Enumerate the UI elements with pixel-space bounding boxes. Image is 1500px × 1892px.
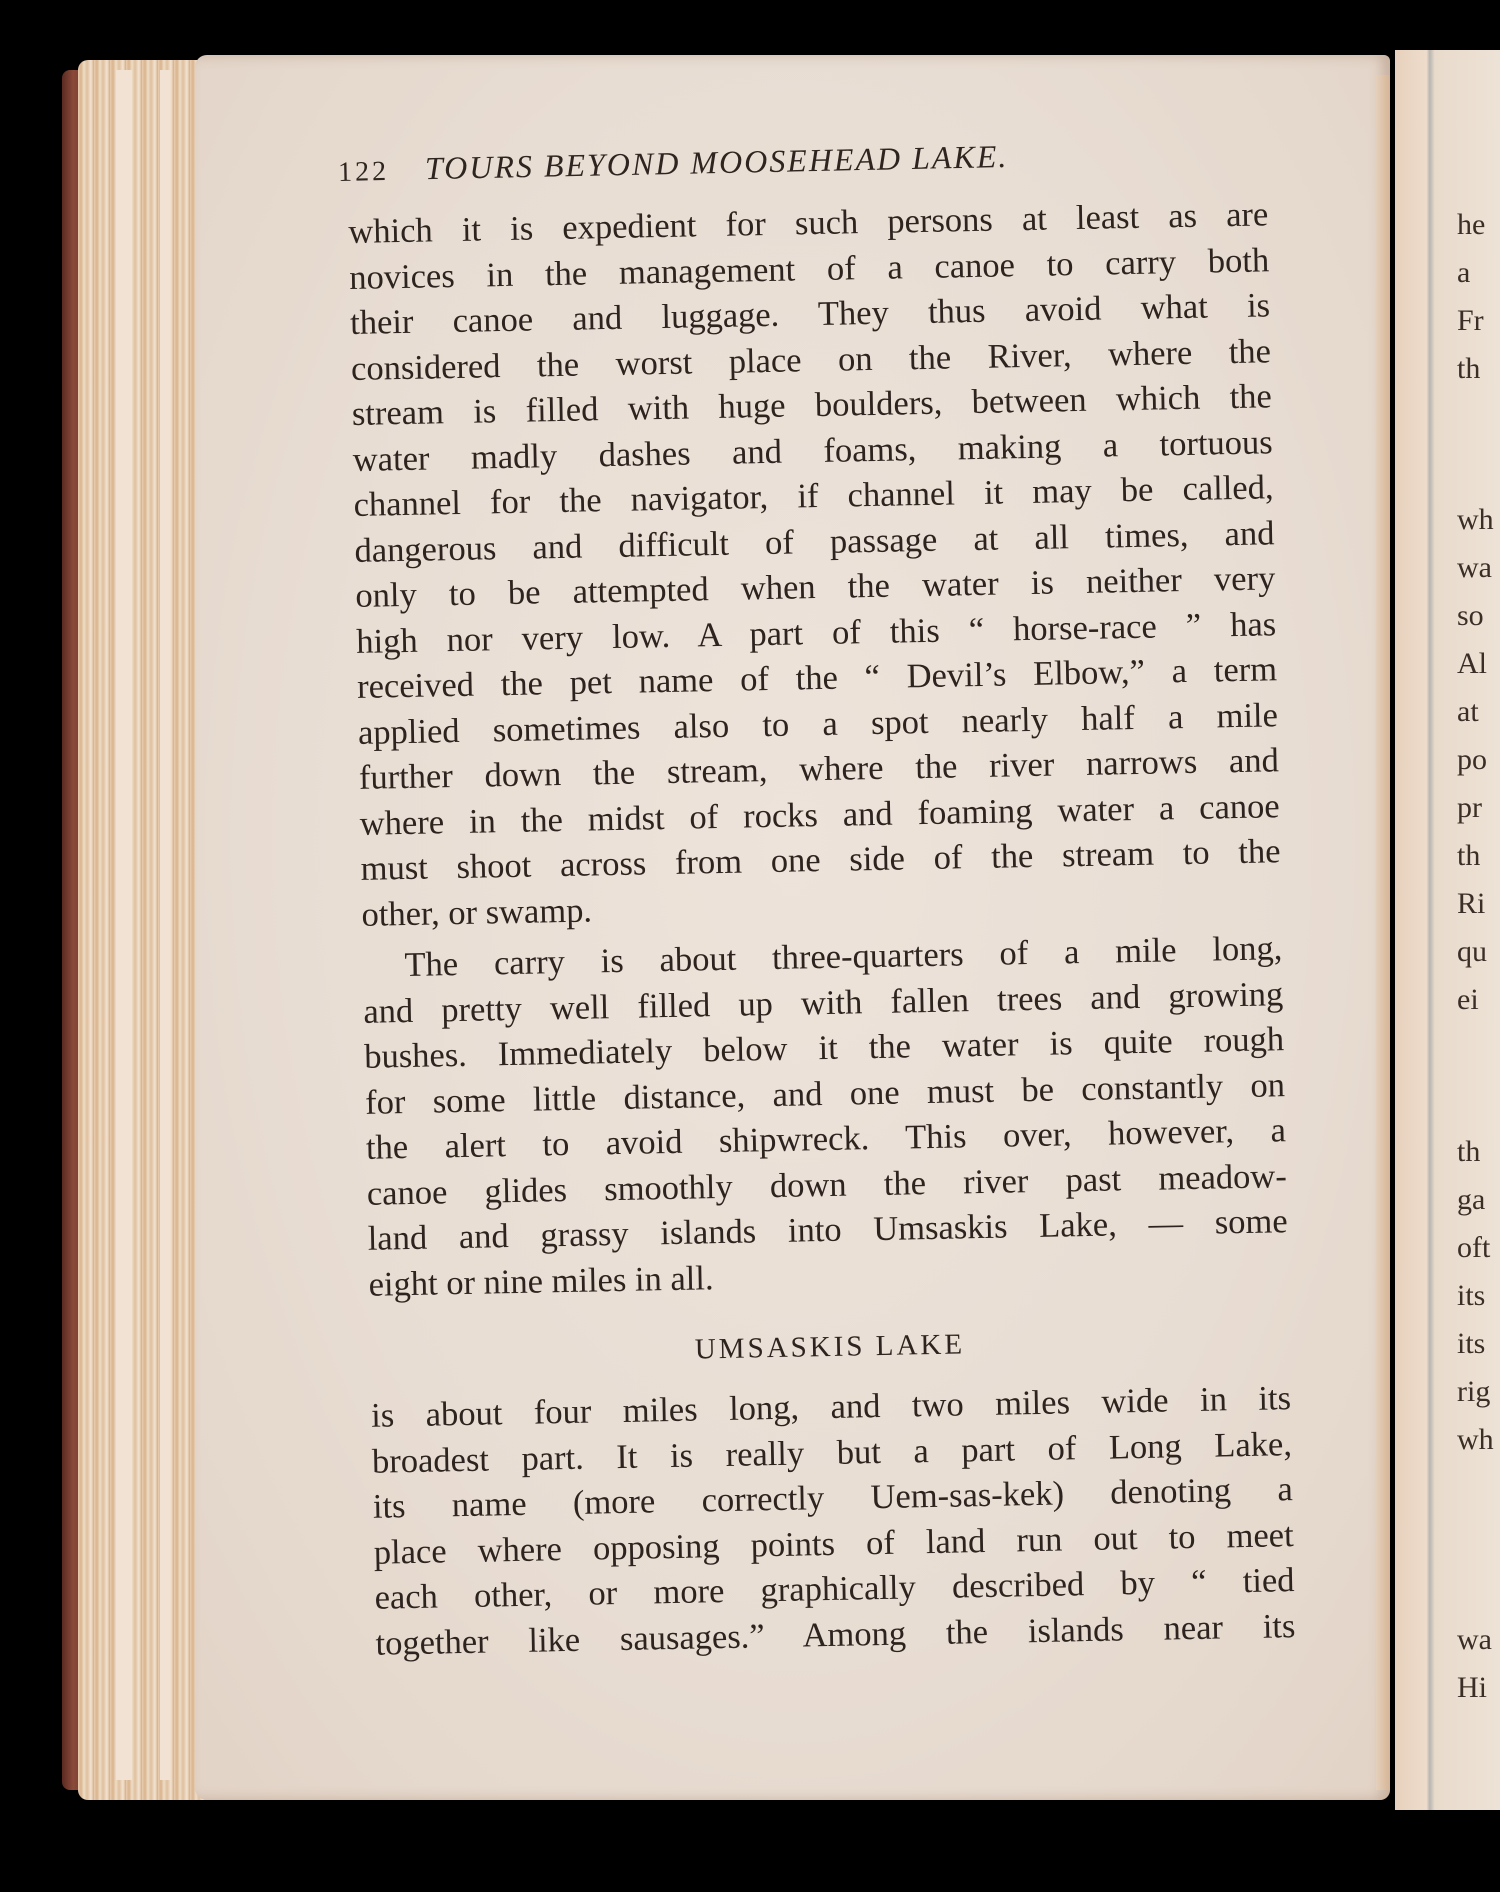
paragraph: The carry is about three-quarters of a m…	[362, 926, 1289, 1308]
paragraph: which it is expedient for such persons a…	[348, 192, 1282, 938]
facing-page-fragment: po	[1457, 745, 1487, 775]
facing-page-fragment: wh	[1457, 505, 1494, 535]
facing-page-fragment: wa	[1457, 553, 1492, 583]
page-number: 122	[338, 156, 390, 188]
facing-page-fragment: its	[1457, 1281, 1485, 1311]
facing-page-fragment: a	[1457, 258, 1470, 288]
facing-page-fragment: rig	[1457, 1377, 1490, 1407]
facing-page-fragment: so	[1457, 601, 1484, 631]
facing-page-fragment: th	[1457, 354, 1480, 384]
facing-page-fragment: th	[1457, 841, 1480, 871]
facing-page-fragment: oft	[1457, 1233, 1490, 1263]
facing-page-fragment: at	[1457, 697, 1479, 727]
facing-page-fragment: its	[1457, 1329, 1485, 1359]
page-stack-gap	[116, 70, 132, 1780]
facing-page-fragment: wa	[1457, 1625, 1492, 1655]
facing-page-fragment: Hi	[1457, 1673, 1487, 1703]
facing-page-fragment: qu	[1457, 937, 1487, 967]
facing-page-fragment: th	[1457, 1137, 1480, 1167]
page-stack-gap	[160, 70, 170, 1780]
facing-page: heaFrthwhwasoAlatpoprthRiqueithgaoftitsi…	[1395, 50, 1500, 1810]
facing-page-fragment: wh	[1457, 1425, 1494, 1455]
facing-page-fragment: ei	[1457, 985, 1479, 1015]
facing-page-fragment: ga	[1457, 1185, 1485, 1215]
paragraph: is about four miles long, and two miles …	[371, 1376, 1296, 1667]
facing-page-fragment: pr	[1457, 793, 1482, 823]
section-heading: UMSASKIS LAKE	[370, 1316, 1291, 1374]
page-stack-edge	[78, 60, 208, 1800]
facing-page-fragment: Al	[1457, 649, 1487, 679]
facing-page-fragment: Fr	[1457, 306, 1484, 336]
facing-page-fragment: he	[1457, 210, 1485, 240]
page-gutter	[1376, 75, 1390, 1790]
page-body: which it is expedient for such persons a…	[348, 192, 1296, 1666]
facing-page-fragment: Ri	[1457, 889, 1485, 919]
